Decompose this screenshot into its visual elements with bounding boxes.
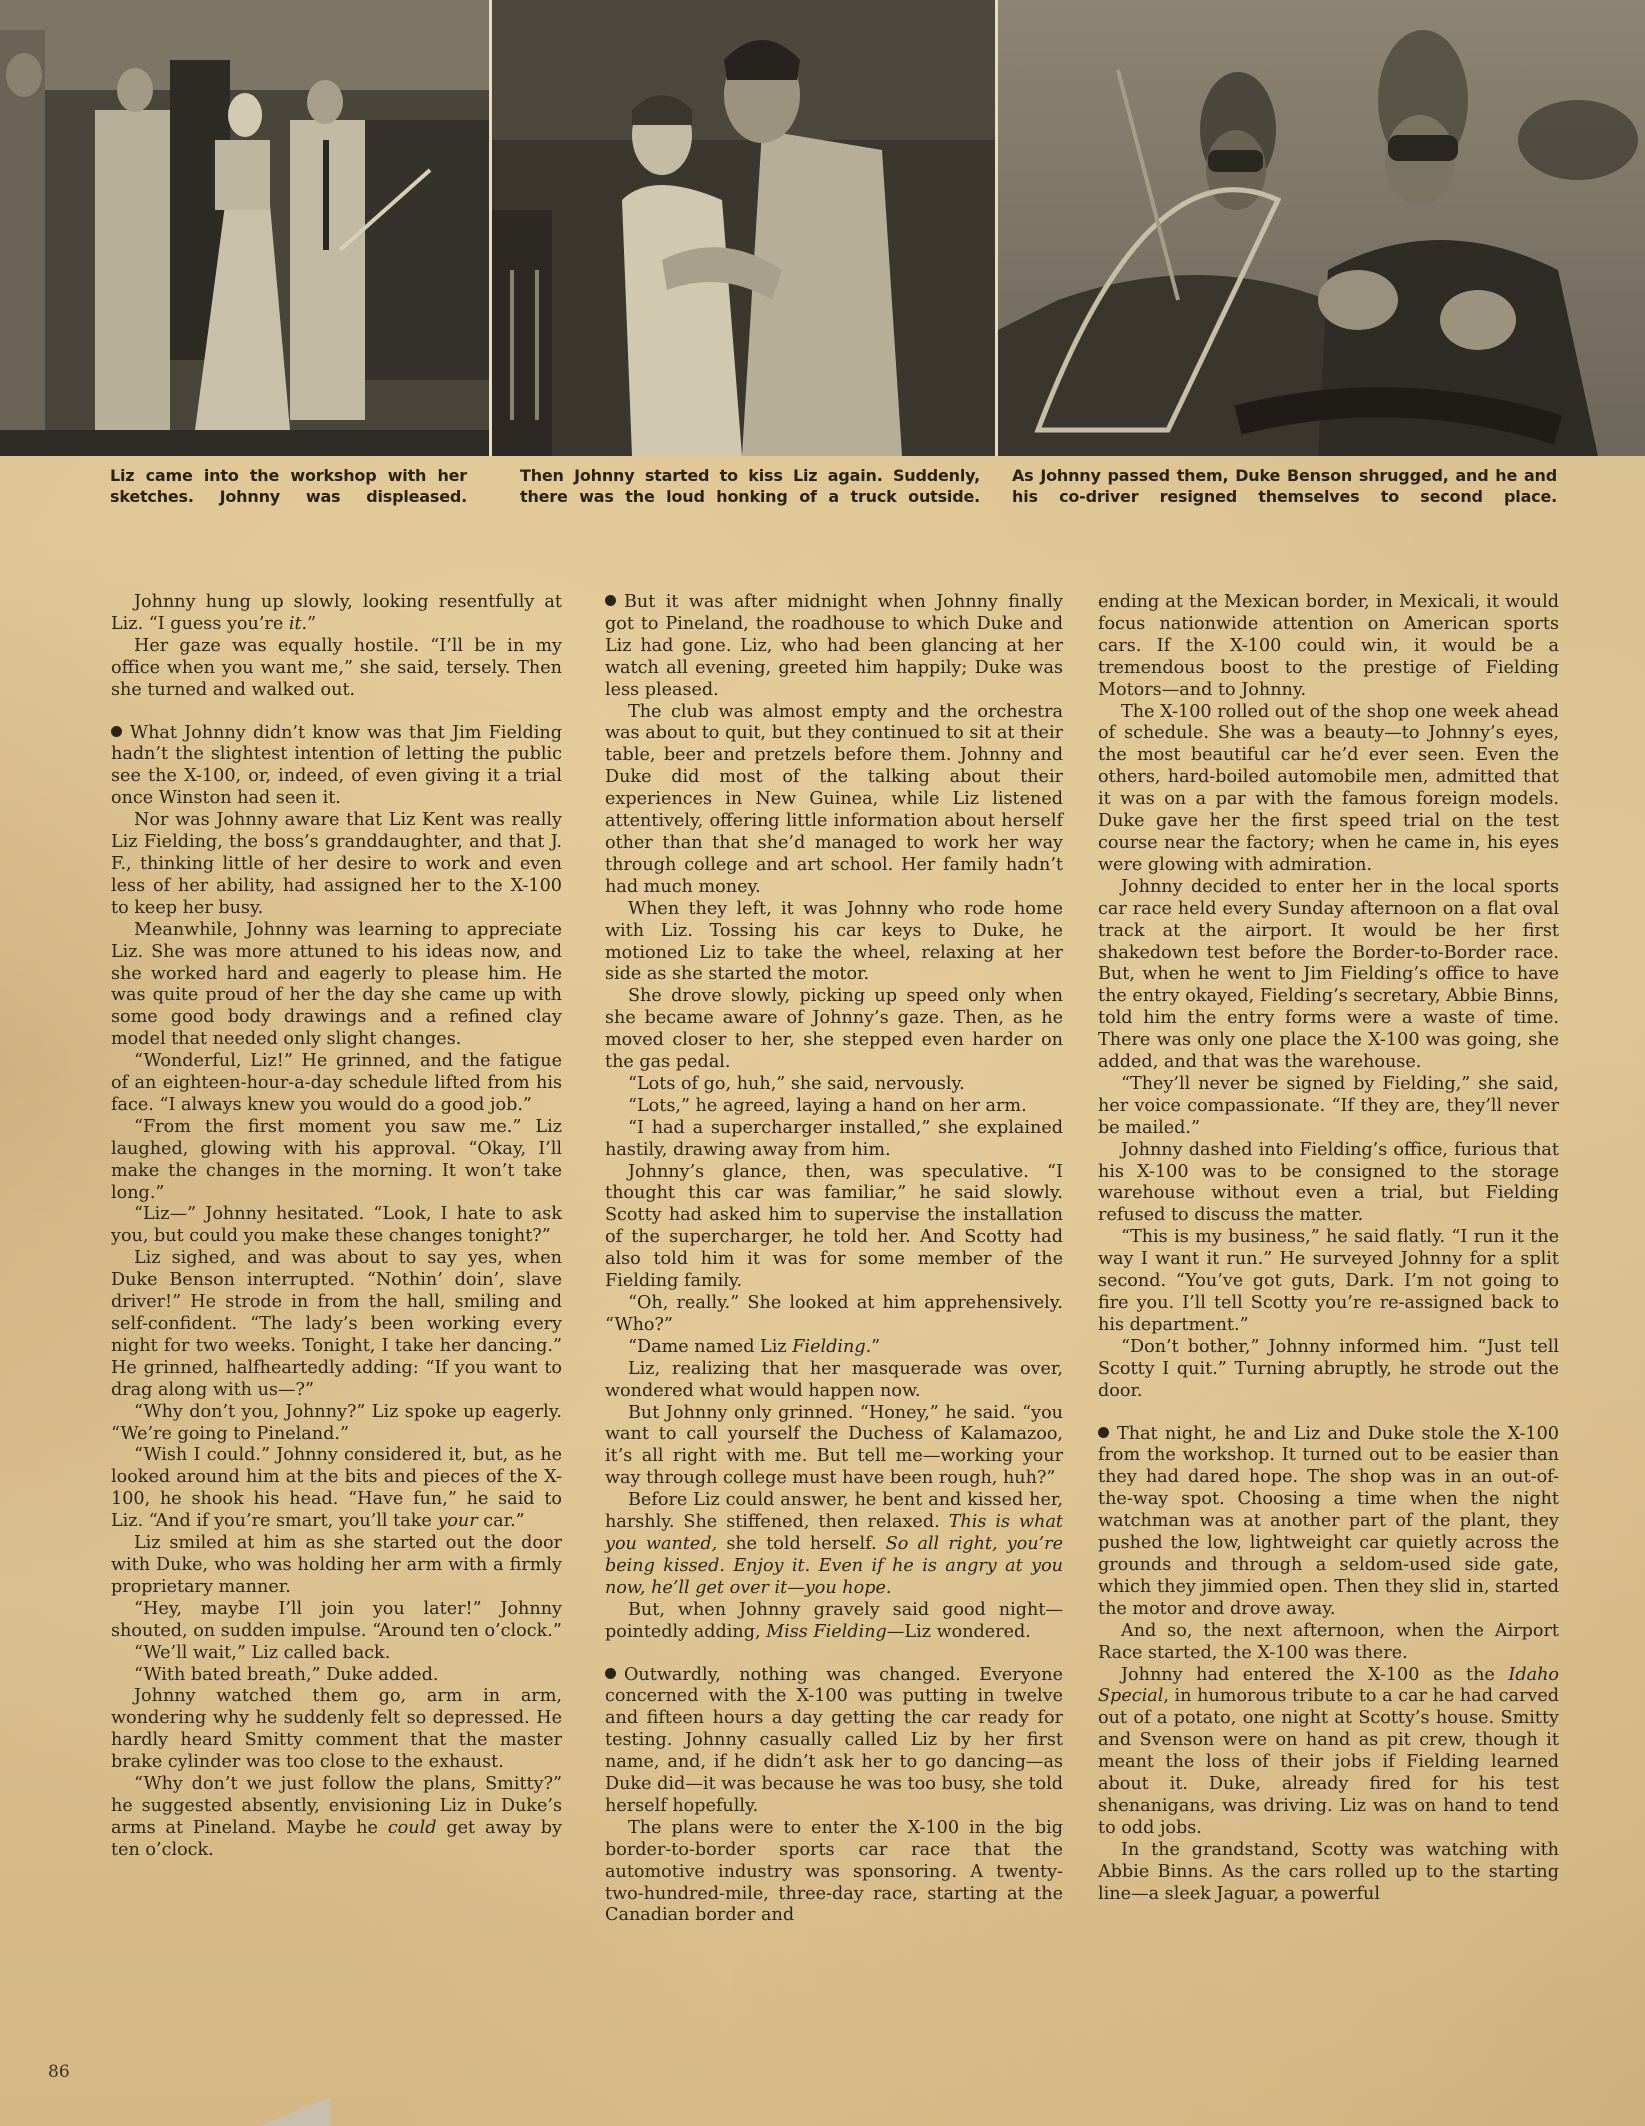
page-number: 86	[48, 2062, 70, 2082]
paragraph: “We’ll wait,” Liz called back.	[111, 1643, 562, 1665]
paragraph: When they left, it was Johnny who rode h…	[605, 899, 1063, 987]
paragraph: “I had a supercharger installed,” she ex…	[605, 1118, 1063, 1162]
paragraph: The plans were to enter the X-100 in the…	[605, 1818, 1063, 1928]
paragraph: Her gaze was equally hostile. “I’ll be i…	[111, 636, 562, 702]
section-start-paragraph: What Johnny didn’t know was that Jim Fie…	[111, 723, 562, 811]
paragraph: But Johnny only grinned. “Honey,” he sai…	[605, 1403, 1063, 1491]
paragraph: Liz sighed, and was about to say yes, wh…	[111, 1248, 562, 1401]
paragraph: But, when Johnny gravely said good night…	[605, 1600, 1063, 1644]
race-drivers-image	[998, 0, 1645, 456]
section-start-paragraph: But it was after midnight when Johnny fi…	[605, 592, 1063, 702]
paragraph: Johnny decided to enter her in the local…	[1098, 877, 1559, 1074]
torn-corner	[260, 2097, 330, 2126]
photo-embrace	[492, 0, 995, 456]
paragraph: Johnny hung up slowly, looking resentful…	[111, 592, 562, 636]
paragraph: Nor was Johnny aware that Liz Kent was r…	[111, 810, 562, 920]
paragraph: “Liz—” Johnny hesitated. “Look, I hate t…	[111, 1204, 562, 1248]
magazine-page: Liz came into the workshop with her sket…	[0, 0, 1645, 2126]
paragraph: “Lots of go, huh,” she said, nervously.	[605, 1074, 1063, 1096]
paragraph: “Wonderful, Liz!” He grinned, and the fa…	[111, 1051, 562, 1117]
paragraph: Meanwhile, Johnny was learning to apprec…	[111, 920, 562, 1051]
photo-workshop	[0, 0, 489, 456]
caption-workshop: Liz came into the workshop with her sket…	[110, 465, 467, 507]
paragraph: Johnny had entered the X-100 as the Idah…	[1098, 1665, 1559, 1840]
paragraph: “They’ll never be signed by Fielding,” s…	[1098, 1074, 1559, 1140]
paragraph: Before Liz could answer, he bent and kis…	[605, 1490, 1063, 1600]
text-column-3: ending at the Mexican border, in Mexical…	[1098, 592, 1559, 1905]
caption-race-car: As Johnny passed them, Duke Benson shrug…	[1012, 465, 1557, 507]
paragraph: “Hey, maybe I’ll join you later!” Johnny…	[111, 1599, 562, 1643]
photo-strip	[0, 0, 1645, 456]
paragraph: The X-100 rolled out of the shop one wee…	[1098, 702, 1559, 877]
paragraph: “With bated breath,” Duke added.	[111, 1665, 562, 1687]
section-bullet-icon	[605, 1668, 616, 1679]
section-start-paragraph: Outwardly, nothing was changed. Everyone…	[605, 1665, 1063, 1818]
paragraph: She drove slowly, picking up speed only …	[605, 986, 1063, 1074]
photo-captions: Liz came into the workshop with her sket…	[0, 465, 1645, 515]
paragraph: ending at the Mexican border, in Mexical…	[1098, 592, 1559, 702]
section-bullet-icon	[605, 595, 616, 606]
paragraph: “Dame named Liz Fielding.”	[605, 1337, 1063, 1359]
paragraph: Johnny watched them go, arm in arm, wond…	[111, 1686, 562, 1774]
photo-race-car	[998, 0, 1645, 456]
text-column-1: Johnny hung up slowly, looking resentful…	[111, 592, 562, 1862]
workshop-scene-image	[0, 0, 489, 456]
paragraph: And so, the next afternoon, when the Air…	[1098, 1621, 1559, 1665]
section-bullet-icon	[111, 726, 122, 737]
paragraph: In the grandstand, Scotty was watching w…	[1098, 1840, 1559, 1906]
paragraph: Liz smiled at him as she started out the…	[111, 1533, 562, 1599]
paragraph: “Why don’t you, Johnny?” Liz spoke up ea…	[111, 1402, 562, 1446]
embrace-scene-image	[492, 0, 995, 456]
section-start-paragraph: That night, he and Liz and Duke stole th…	[1098, 1424, 1559, 1621]
paragraph: Johnny dashed into Fielding’s office, fu…	[1098, 1140, 1559, 1228]
paragraph: “Wish I could.” Johnny considered it, bu…	[111, 1445, 562, 1533]
paragraph: “Don’t bother,” Johnny informed him. “Ju…	[1098, 1337, 1559, 1403]
paragraph: “Oh, really.” She looked at him apprehen…	[605, 1293, 1063, 1337]
caption-embrace: Then Johnny started to kiss Liz again. S…	[520, 465, 980, 507]
paragraph: “From the first moment you saw me.” Liz …	[111, 1117, 562, 1205]
paragraph: “Lots,” he agreed, laying a hand on her …	[605, 1096, 1063, 1118]
paragraph: Johnny’s glance, then, was speculative. …	[605, 1162, 1063, 1293]
paragraph: Liz, realizing that her masquerade was o…	[605, 1359, 1063, 1403]
paragraph: “This is my business,” he said flatly. “…	[1098, 1227, 1559, 1337]
paragraph: “Why don’t we just follow the plans, Smi…	[111, 1774, 562, 1862]
paragraph: The club was almost empty and the orches…	[605, 702, 1063, 899]
section-bullet-icon	[1098, 1427, 1109, 1438]
text-column-2: But it was after midnight when Johnny fi…	[605, 592, 1063, 1927]
